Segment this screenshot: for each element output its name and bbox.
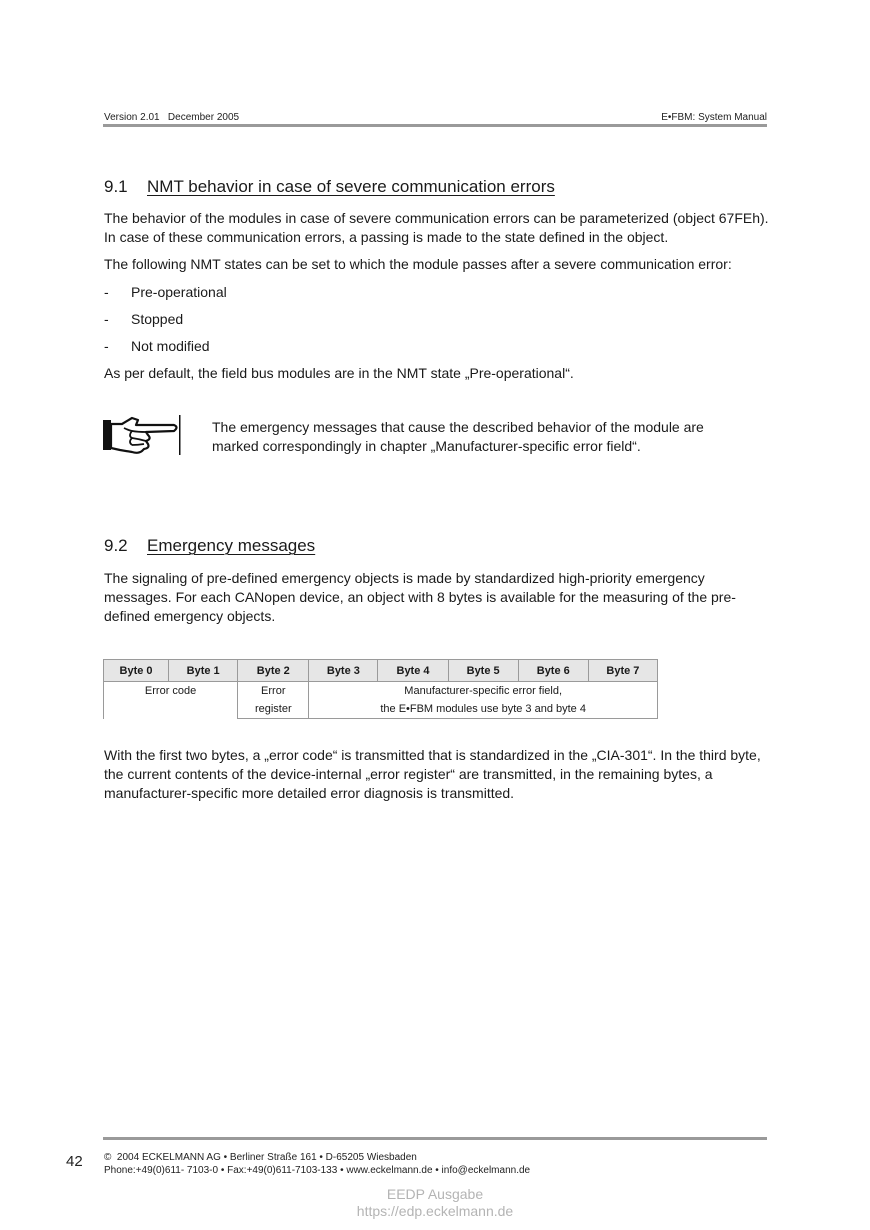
watermark: EEDP Ausgabe https://edp.eckelmann.de bbox=[0, 1186, 870, 1220]
header-rule bbox=[103, 124, 767, 127]
table-header-cell: Byte 3 bbox=[309, 660, 378, 682]
manufacturer-field-cell: the E•FBM modules use byte 3 and byte 4 bbox=[309, 700, 658, 719]
page-number: 42 bbox=[66, 1153, 83, 1170]
paragraph: The behavior of the modules in case of s… bbox=[104, 209, 774, 247]
note-text: The emergency messages that cause the de… bbox=[212, 418, 704, 456]
header-document-title: E•FBM: System Manual bbox=[661, 112, 767, 123]
table-header-cell: Byte 1 bbox=[169, 660, 238, 682]
list-item: -Pre-operational bbox=[104, 284, 227, 300]
section-title: NMT behavior in case of severe communica… bbox=[147, 177, 555, 196]
watermark-url: https://edp.eckelmann.de bbox=[0, 1203, 870, 1220]
section-number: 9.2 bbox=[104, 536, 147, 556]
pointing-hand-icon bbox=[102, 414, 182, 456]
list-item: -Not modified bbox=[104, 338, 210, 354]
table-header-cell: Byte 7 bbox=[588, 660, 657, 682]
table-header-row: Byte 0 Byte 1 Byte 2 Byte 3 Byte 4 Byte … bbox=[104, 660, 658, 682]
section-title: Emergency messages bbox=[147, 536, 315, 555]
error-code-cell: Error code bbox=[104, 682, 238, 719]
paragraph: With the first two bytes, a „error code“… bbox=[104, 746, 772, 803]
paragraph: The signaling of pre-defined emergency o… bbox=[104, 569, 768, 626]
section-number: 9.1 bbox=[104, 177, 147, 197]
table-row: Error code Error Manufacturer-specific e… bbox=[104, 682, 658, 701]
table-header-cell: Byte 5 bbox=[448, 660, 518, 682]
error-register-cell: Error bbox=[238, 682, 309, 701]
table-header-cell: Byte 0 bbox=[104, 660, 169, 682]
manufacturer-field-cell: Manufacturer-specific error field, bbox=[309, 682, 658, 701]
section-heading-9-2: 9.2Emergency messages bbox=[104, 536, 315, 556]
footer-address: © 2004 ECKELMANN AG • Berliner Straße 16… bbox=[104, 1151, 417, 1164]
list-item: -Stopped bbox=[104, 311, 183, 327]
section-heading-9-1: 9.1NMT behavior in case of severe commun… bbox=[104, 177, 555, 197]
table-header-cell: Byte 4 bbox=[378, 660, 448, 682]
footer-contact: Phone:+49(0)611- 7103-0 • Fax:+49(0)611-… bbox=[104, 1164, 530, 1177]
footer-rule bbox=[103, 1137, 767, 1140]
header-version-date: Version 2.01 December 2005 bbox=[104, 112, 239, 123]
paragraph: As per default, the field bus modules ar… bbox=[104, 364, 774, 383]
error-register-cell: register bbox=[238, 700, 309, 719]
table-header-cell: Byte 6 bbox=[518, 660, 588, 682]
emergency-message-byte-table: Byte 0 Byte 1 Byte 2 Byte 3 Byte 4 Byte … bbox=[103, 659, 658, 719]
paragraph: The following NMT states can be set to w… bbox=[104, 255, 774, 274]
table-header-cell: Byte 2 bbox=[238, 660, 309, 682]
